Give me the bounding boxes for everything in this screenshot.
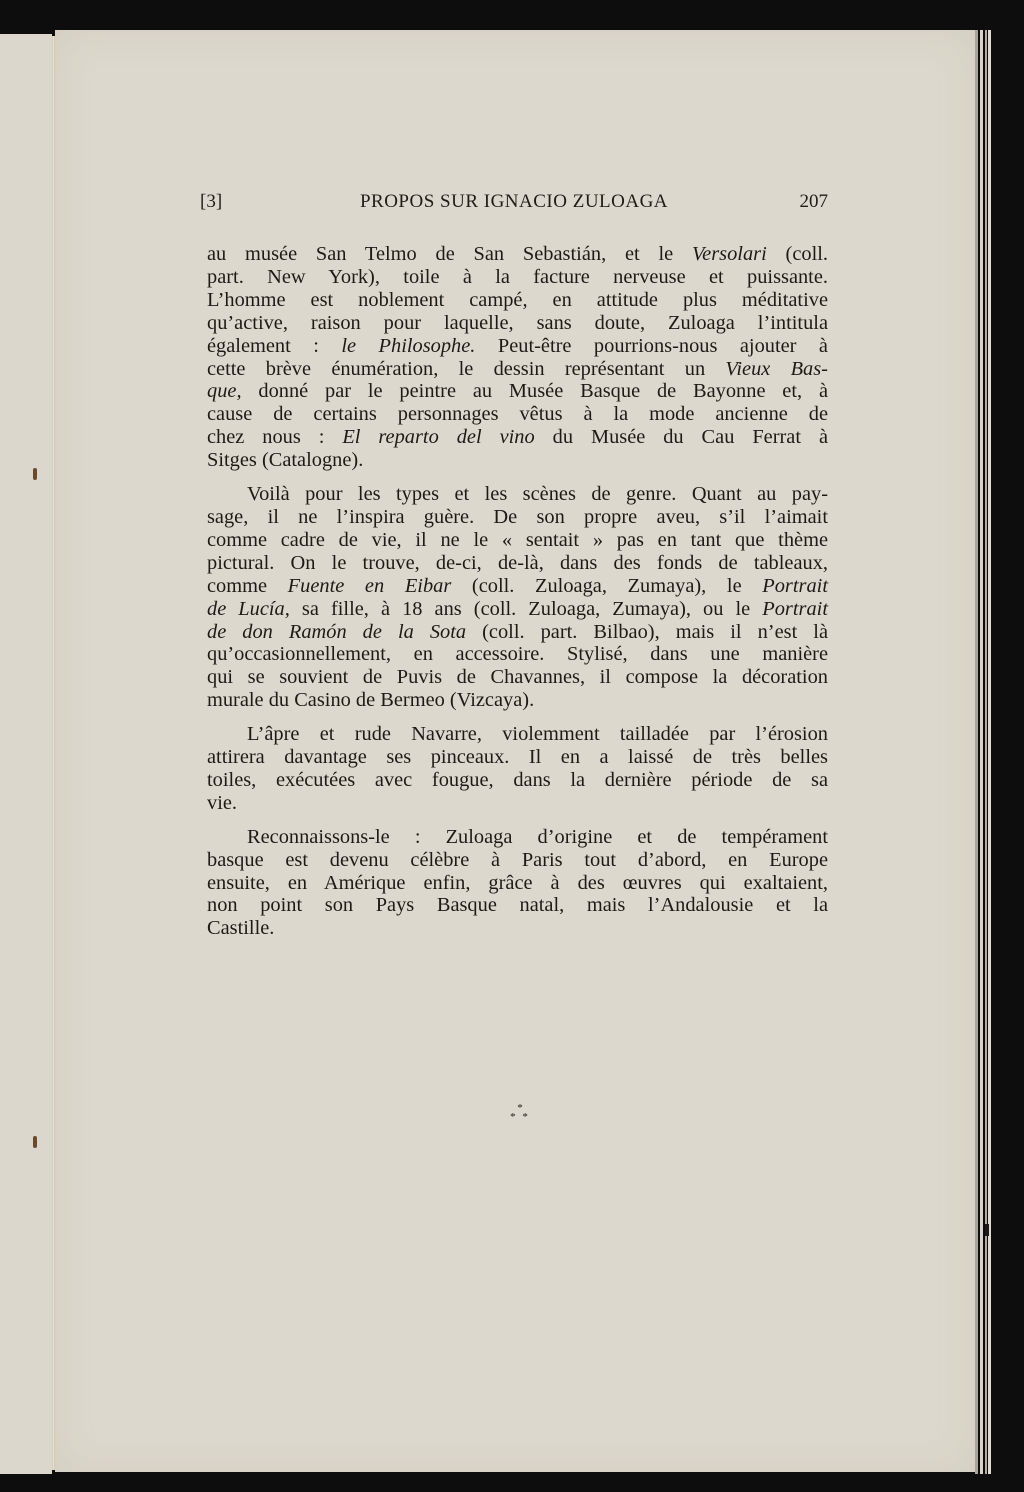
binding-mark bbox=[33, 1136, 37, 1148]
scanned-book-spread: [3] PROPOS SUR IGNACIO ZULOAGA 207 au mu… bbox=[0, 0, 1024, 1492]
text-run: qu’occasionnellement, en accessoire. Sty… bbox=[207, 643, 828, 665]
text-line: L’homme est noblement campé, en attitude… bbox=[207, 289, 828, 312]
italic-title: Fuente en Eibar bbox=[288, 575, 452, 597]
italic-title: Vieux Bas- bbox=[725, 358, 828, 380]
text-run: qui se souvient de Puvis de Chavannes, i… bbox=[207, 666, 828, 688]
text-line: vie. bbox=[207, 792, 828, 815]
text-run: du Musée du Cau Ferrat à bbox=[535, 426, 828, 448]
text-line: de don Ramón de la Sota (coll. part. Bil… bbox=[207, 621, 828, 644]
text-line: Castille. bbox=[207, 917, 828, 940]
running-header: [3] PROPOS SUR IGNACIO ZULOAGA 207 bbox=[200, 191, 828, 221]
text-run: chez nous : bbox=[207, 426, 342, 448]
paragraph: Voilà pour les types et les scènes de ge… bbox=[207, 483, 828, 712]
asterism-bottom: * * bbox=[507, 1113, 533, 1122]
text-run: cause de certains personnages vêtus à la… bbox=[207, 403, 828, 425]
text-line: pictural. On le trouve, de-ci, de-là, da… bbox=[207, 552, 828, 575]
text-run: vie. bbox=[207, 792, 237, 814]
italic-title: Portrait bbox=[762, 598, 828, 620]
text-line: sage, il ne l’inspira guère. De son prop… bbox=[207, 506, 828, 529]
text-line: que, donné par le peintre au Musée Basqu… bbox=[207, 380, 828, 403]
text-run: Voilà pour les types et les scènes de ge… bbox=[247, 483, 828, 505]
text-line: de Lucía, sa fille, à 18 ans (coll. Zulo… bbox=[207, 598, 828, 621]
text-run: basque est devenu célèbre à Paris tout d… bbox=[207, 849, 828, 871]
section-break-asterism: * * * bbox=[507, 1104, 533, 1130]
text-line: part. New York), toile à la facture nerv… bbox=[207, 266, 828, 289]
text-run: sage, il ne l’inspira guère. De son prop… bbox=[207, 506, 828, 528]
text-line: non point son Pays Basque natal, mais l’… bbox=[207, 894, 828, 917]
text-run: (coll. bbox=[767, 243, 828, 265]
text-run: au musée San Telmo de San Sebastián, et … bbox=[207, 243, 692, 265]
text-line: également : le Philosophe. Peut-être pou… bbox=[207, 335, 828, 358]
text-run: ensuite, en Amérique enfin, grâce à des … bbox=[207, 872, 828, 894]
italic-title: de don Ramón de la Sota bbox=[207, 621, 466, 643]
page-stack-edge bbox=[988, 30, 991, 1474]
page-number: 207 bbox=[800, 191, 829, 213]
page-stack-edge bbox=[975, 30, 978, 1474]
text-run: Sitges (Catalogne). bbox=[207, 449, 363, 471]
text-line: qu’occasionnellement, en accessoire. Sty… bbox=[207, 643, 828, 666]
page-stack-edge bbox=[985, 30, 987, 1474]
text-line: qu’active, raison pour laquelle, sans do… bbox=[207, 312, 828, 335]
text-line: au musée San Telmo de San Sebastián, et … bbox=[207, 243, 828, 266]
text-line: Reconnaissons-le : Zuloaga d’origine et … bbox=[207, 826, 828, 849]
facing-page-edge bbox=[0, 34, 52, 1474]
text-run: qu’active, raison pour laquelle, sans do… bbox=[207, 312, 828, 334]
italic-title: Portrait bbox=[762, 575, 828, 597]
text-run: sa fille, à 18 ans (coll. Zuloaga, Zumay… bbox=[290, 598, 762, 620]
text-run: donné par le peintre au Musée Basque de … bbox=[242, 380, 828, 402]
paragraph: au musée San Telmo de San Sebastián, et … bbox=[207, 243, 828, 472]
text-line: qui se souvient de Puvis de Chavannes, i… bbox=[207, 666, 828, 689]
italic-title: le Philosophe. bbox=[341, 335, 475, 357]
paragraph: L’âpre et rude Navarre, violemment taill… bbox=[207, 723, 828, 815]
text-line: toiles, exécutées avec fougue, dans la d… bbox=[207, 769, 828, 792]
text-line: Voilà pour les types et les scènes de ge… bbox=[207, 483, 828, 506]
text-line: cause de certains personnages vêtus à la… bbox=[207, 403, 828, 426]
binding-mark bbox=[33, 468, 37, 480]
text-run: Reconnaissons-le : Zuloaga d’origine et … bbox=[247, 826, 828, 848]
text-run: pictural. On le trouve, de-ci, de-là, da… bbox=[207, 552, 828, 574]
text-line: attirera davantage ses pinceaux. Il en a… bbox=[207, 746, 828, 769]
italic-title: que, bbox=[207, 380, 242, 402]
text-run: (coll. Zuloaga, Zumaya), le bbox=[451, 575, 762, 597]
text-line: cette brève énumération, le dessin repré… bbox=[207, 358, 828, 381]
text-run: Peut-être pourrions-nous ajouter à bbox=[475, 335, 828, 357]
text-run: comme cadre de vie, il ne le « sentait »… bbox=[207, 529, 828, 551]
text-line: comme Fuente en Eibar (coll. Zuloaga, Zu… bbox=[207, 575, 828, 598]
text-line: murale du Casino de Bermeo (Vizcaya). bbox=[207, 689, 828, 712]
text-run: (coll. part. Bilbao), mais il n’est là bbox=[466, 621, 828, 643]
text-run: L’homme est noblement campé, en attitude… bbox=[207, 289, 828, 311]
text-run: part. New York), toile à la facture nerv… bbox=[207, 266, 828, 288]
text-run: également : bbox=[207, 335, 341, 357]
edge-mark bbox=[985, 1224, 989, 1236]
text-run: non point son Pays Basque natal, mais l’… bbox=[207, 894, 828, 916]
text-run: murale du Casino de Bermeo (Vizcaya). bbox=[207, 689, 534, 711]
text-line: comme cadre de vie, il ne le « sentait »… bbox=[207, 529, 828, 552]
text-line: Sitges (Catalogne). bbox=[207, 449, 828, 472]
text-line: chez nous : El reparto del vino du Musée… bbox=[207, 426, 828, 449]
paragraph: Reconnaissons-le : Zuloaga d’origine et … bbox=[207, 826, 828, 941]
text-line: basque est devenu célèbre à Paris tout d… bbox=[207, 849, 828, 872]
text-run: L’âpre et rude Navarre, violemment taill… bbox=[247, 723, 828, 745]
text-run: attirera davantage ses pinceaux. Il en a… bbox=[207, 746, 828, 768]
running-title: PROPOS SUR IGNACIO ZULOAGA bbox=[200, 191, 828, 213]
text-line: ensuite, en Amérique enfin, grâce à des … bbox=[207, 872, 828, 895]
italic-title: Versolari bbox=[692, 243, 767, 265]
text-run: toiles, exécutées avec fougue, dans la d… bbox=[207, 769, 828, 791]
text-run: Castille. bbox=[207, 917, 274, 939]
text-line: L’âpre et rude Navarre, violemment taill… bbox=[207, 723, 828, 746]
body-text: au musée San Telmo de San Sebastián, et … bbox=[207, 243, 828, 951]
text-run: cette brève énumération, le dessin repré… bbox=[207, 358, 725, 380]
italic-title: de Lucía, bbox=[207, 598, 290, 620]
page-stack-edge bbox=[980, 30, 983, 1474]
text-run: comme bbox=[207, 575, 288, 597]
italic-title: El reparto del vino bbox=[342, 426, 534, 448]
